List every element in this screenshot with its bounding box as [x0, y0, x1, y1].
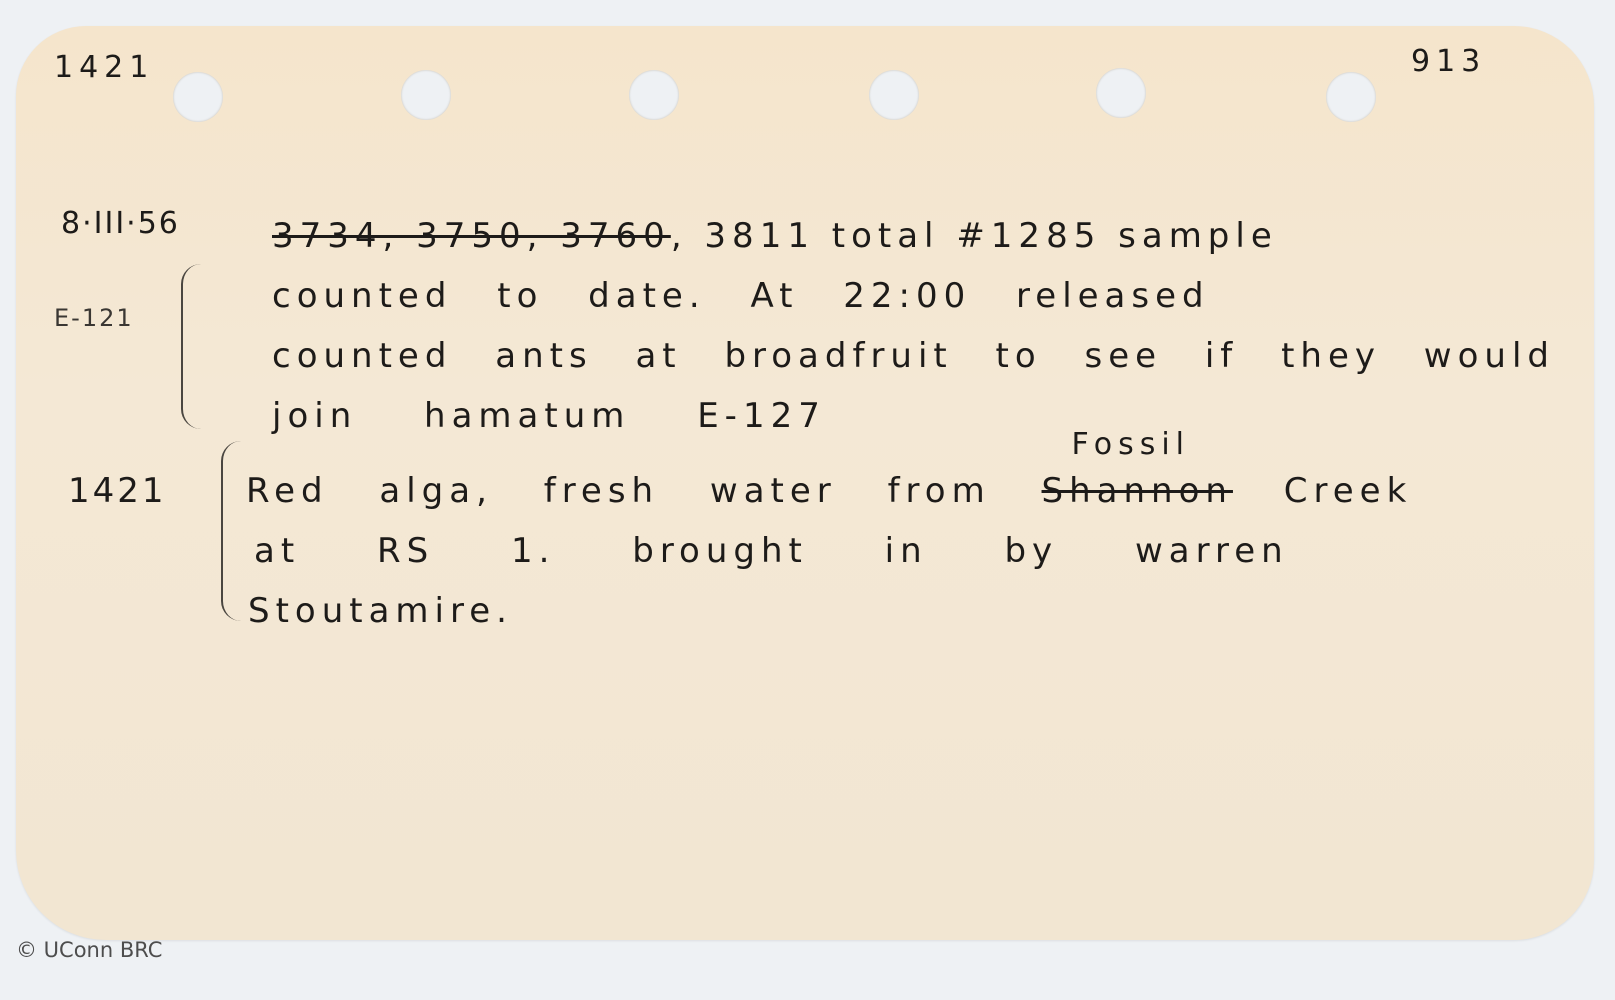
index-card: 1421 913 8·III·56 E-121 3734, 3750, 3760… [16, 26, 1594, 940]
entry-line: counted ants at broadfruit to see if the… [272, 336, 1555, 376]
struck-counts: 3734, 3750, 3760 [272, 216, 671, 256]
struck-word: Shannon [1042, 471, 1233, 511]
punch-hole [173, 72, 223, 122]
bracket [181, 264, 238, 429]
entry-margin-label: E-121 [54, 304, 134, 332]
punch-hole [1096, 68, 1146, 118]
entry-line: Stoutamire. [248, 591, 513, 631]
entry-line: at RS 1. brought in by warren [254, 531, 1289, 571]
punch-hole [1326, 72, 1376, 122]
catalog-number-left: 1421 [54, 50, 154, 85]
entry-date: 8·III·56 [61, 206, 180, 241]
punch-hole [869, 70, 919, 120]
total-count: , 3811 total #1285 sample [671, 216, 1278, 256]
punch-hole [629, 70, 679, 120]
punch-hole [401, 70, 451, 120]
entry-margin-label: 1421 [68, 471, 167, 511]
copyright-notice: © UConn BRC [16, 938, 162, 962]
catalog-number-right: 913 [1411, 44, 1486, 79]
entry-line: Red alga, fresh water from Shannon Fossi… [246, 471, 1412, 511]
entry-line: join hamatum E-127 [272, 396, 826, 436]
entry-line: counted to date. At 22:00 released [272, 276, 1210, 316]
inserted-word: Fossil [1072, 427, 1190, 462]
entry-line: 3734, 3750, 3760, 3811 total #1285 sampl… [272, 216, 1278, 256]
